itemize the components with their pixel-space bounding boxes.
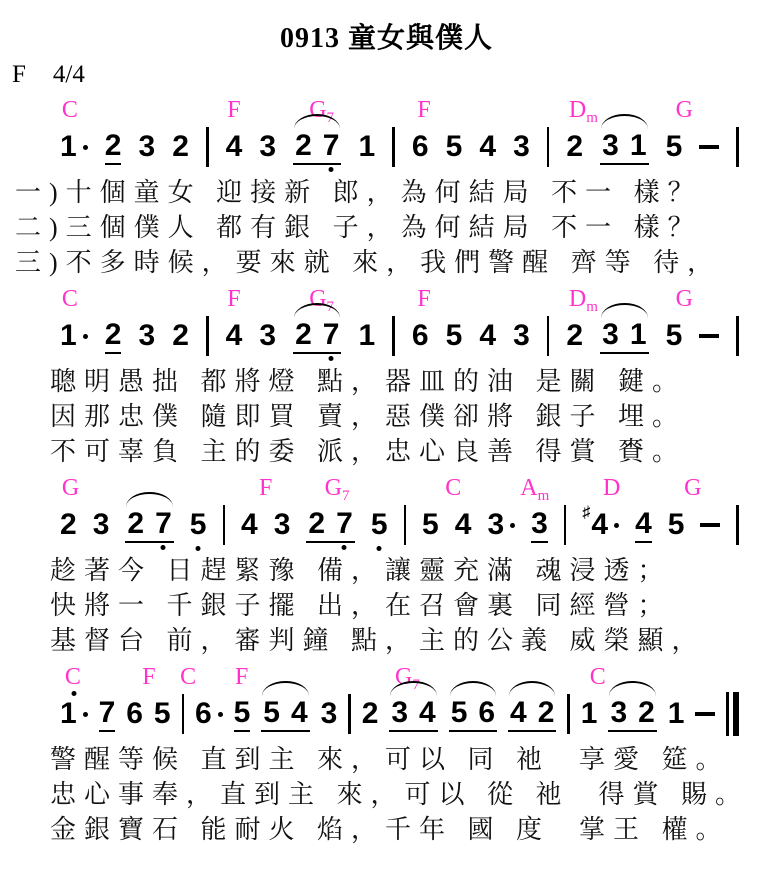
music-system: GFG7CAmDG23275432755433♯445趁著今 日趕緊豫 備，讓靈… xyxy=(0,475,773,658)
note-digit: 4 xyxy=(419,697,436,729)
note: 1 xyxy=(359,131,376,163)
note-digit: 1 xyxy=(359,320,376,352)
note: 3 xyxy=(93,509,110,541)
dot-after xyxy=(83,145,88,150)
note: 2 xyxy=(566,320,583,352)
note: 3 xyxy=(321,698,338,730)
barline xyxy=(736,505,739,545)
chord-label: F xyxy=(227,97,240,123)
chord-label: C xyxy=(590,664,606,690)
dot-after xyxy=(614,523,619,528)
note-digit: 5 xyxy=(371,509,388,541)
note: 1 xyxy=(581,698,598,730)
chord-label: C xyxy=(62,286,78,312)
note-digit: 5 xyxy=(446,131,463,163)
note: 2 xyxy=(105,130,122,165)
chord-subscript: m xyxy=(586,299,598,315)
note: 1 xyxy=(359,320,376,352)
notes-row: 23275432755433♯445 xyxy=(60,502,739,548)
note-digit: 2 xyxy=(295,319,312,351)
barline xyxy=(392,127,395,167)
note-pair-tied: 31 xyxy=(600,130,648,165)
note-digit: 7 xyxy=(99,697,116,729)
note: 3 xyxy=(610,697,627,729)
octave-dot-low xyxy=(329,356,334,361)
note-digit: 3 xyxy=(259,131,276,163)
lyrics-block: 聰明愚拙 都將燈 點，器皿的油 是關 鍵。因那忠僕 隨即買 賣，惡僕卻將 銀子 … xyxy=(0,364,773,469)
note-digit: 5 xyxy=(446,320,463,352)
chord-row: CFG7FDmG xyxy=(0,286,773,313)
note-digit: 5 xyxy=(190,509,207,541)
note-digit: 3 xyxy=(513,320,530,352)
time-signature: 4/4 xyxy=(53,61,85,88)
key-tonic: F xyxy=(12,61,26,88)
note: 6 xyxy=(412,131,429,163)
note-digit: 6 xyxy=(412,320,429,352)
lyrics-block: 警醒等候 直到主 來，可以 同 祂 享愛 筵。忠心事奉，直到主 來，可以 從 祂… xyxy=(0,742,773,847)
note: 7 xyxy=(323,130,340,162)
note-digit: 4 xyxy=(591,509,608,541)
dot-after xyxy=(218,712,223,717)
note-digit: 6 xyxy=(195,698,212,730)
chord-label: G xyxy=(676,286,693,312)
note-digit: 1 xyxy=(630,130,647,162)
note: 3 xyxy=(274,509,291,541)
chord-label: D xyxy=(603,475,620,501)
chord-label: G xyxy=(62,475,79,501)
note-digit: 2 xyxy=(566,320,583,352)
final-bar-thick xyxy=(733,692,739,736)
note: 2 xyxy=(172,320,189,352)
note-digit: 3 xyxy=(602,130,619,162)
barline xyxy=(564,505,567,545)
note-digit: 4 xyxy=(226,320,243,352)
note-digit: 3 xyxy=(391,697,408,729)
note: 4 xyxy=(291,697,308,729)
note: 2 xyxy=(127,508,144,540)
barline xyxy=(182,694,185,734)
lyric-line: 不可辜負 主的委 派，忠心良善 得賞 賚。 xyxy=(0,434,773,469)
note: 2 xyxy=(362,698,379,730)
note-digit: 6 xyxy=(478,697,495,729)
notes-row: 12324327165432315 xyxy=(60,313,739,359)
note: 3 xyxy=(487,509,515,541)
note: 5 xyxy=(371,509,388,541)
note: 1 xyxy=(60,131,88,163)
note: 2 xyxy=(105,319,122,354)
dot-after xyxy=(83,334,88,339)
note: 5 xyxy=(666,320,683,352)
chord-label: Am xyxy=(520,475,549,509)
note-pair-tied: 27 xyxy=(293,130,341,165)
note-digit: 2 xyxy=(638,697,655,729)
sheet-music-page: 0913 童女與僕人 F4/4 CFG7FDmG1232432716543231… xyxy=(0,0,773,878)
note-digit: 7 xyxy=(336,508,353,540)
note: 3 xyxy=(602,130,619,162)
note: 4 xyxy=(455,509,472,541)
music-system: CFG7FDmG12324327165432315聰明愚拙 都將燈 點，器皿的油… xyxy=(0,286,773,469)
note: 1 xyxy=(668,698,685,730)
note-digit: 4 xyxy=(479,320,496,352)
note: 5 xyxy=(422,509,439,541)
barline xyxy=(547,316,550,356)
note: 2 xyxy=(566,131,583,163)
dash-note xyxy=(695,712,715,716)
note: 5 xyxy=(446,131,463,163)
note-digit: 5 xyxy=(451,697,468,729)
barline xyxy=(206,316,209,356)
chord-label: C xyxy=(445,475,461,501)
note: 7 xyxy=(323,319,340,351)
note: 3 xyxy=(259,131,276,163)
note-pair-tied: 42 xyxy=(508,697,556,732)
notes-row: 17656554323456421321 xyxy=(60,691,739,737)
note-pair: 27 xyxy=(306,508,354,543)
note-digit: 2 xyxy=(538,697,555,729)
note-digit: 2 xyxy=(172,320,189,352)
note: 2 xyxy=(538,697,555,729)
note-digit: 1 xyxy=(359,131,376,163)
lyric-line: 警醒等候 直到主 來，可以 同 祂 享愛 筵。 xyxy=(0,742,773,777)
chord-subscript: m xyxy=(538,488,550,504)
note-pair-tied: 54 xyxy=(261,697,309,732)
note-digit: 3 xyxy=(93,509,110,541)
note-digit: 7 xyxy=(323,130,340,162)
note-digit: 3 xyxy=(274,509,291,541)
note: 4 xyxy=(635,508,652,543)
note-digit: 2 xyxy=(127,508,144,540)
note: 6 xyxy=(126,698,143,730)
note-digit: 1 xyxy=(60,320,77,352)
note: 5 xyxy=(668,509,685,541)
note-digit: 3 xyxy=(513,131,530,163)
note: 3 xyxy=(139,320,156,352)
barline xyxy=(547,127,550,167)
note-digit: 4 xyxy=(241,509,258,541)
note-digit: 1 xyxy=(60,131,77,163)
note: 1 xyxy=(630,130,647,162)
dash-note xyxy=(700,523,720,527)
note: 3 xyxy=(259,320,276,352)
chord-label: F xyxy=(417,286,430,312)
chord-label: C xyxy=(65,664,81,690)
note-digit: 4 xyxy=(635,508,652,540)
notes-row: 12324327165432315 xyxy=(60,124,739,170)
note: 1 xyxy=(60,320,88,352)
note: 7 xyxy=(155,508,172,540)
note: 5 xyxy=(154,698,171,730)
note: 3 xyxy=(513,131,530,163)
note: 3 xyxy=(531,508,548,543)
lyrics-block: 一)十個童女 迎接新 郎，為何結局 不一 樣？二)三個僕人 都有銀 子，為何結局… xyxy=(0,175,773,280)
note-digit: 4 xyxy=(455,509,472,541)
note-pair-tied: 27 xyxy=(293,319,341,354)
note: 3 xyxy=(139,131,156,163)
note-digit: 6 xyxy=(126,698,143,730)
note-digit: 2 xyxy=(308,508,325,540)
note-pair-tied: 56 xyxy=(449,697,497,732)
note-digit: 5 xyxy=(666,131,683,163)
dot-after xyxy=(510,523,515,528)
note: 5 xyxy=(263,697,280,729)
note: 7 xyxy=(336,508,353,540)
note: 2 xyxy=(308,508,325,540)
octave-dot-low xyxy=(377,546,382,551)
chord-label: G xyxy=(684,475,701,501)
note: 2 xyxy=(638,697,655,729)
note: 5 xyxy=(666,131,683,163)
lyric-line: 聰明愚拙 都將燈 點，器皿的油 是關 鍵。 xyxy=(0,364,773,399)
note: 6 xyxy=(412,320,429,352)
octave-dot-high xyxy=(71,691,76,696)
note-digit: 2 xyxy=(362,698,379,730)
note-digit: 5 xyxy=(154,698,171,730)
note-pair-tied: 27 xyxy=(125,508,173,543)
dash-note xyxy=(699,334,719,338)
barline xyxy=(206,127,209,167)
note: 4 xyxy=(479,320,496,352)
note: 4 xyxy=(510,697,527,729)
chord-label: G7 xyxy=(325,475,350,509)
note-digit: 2 xyxy=(105,130,122,162)
lyric-line: 忠心事奉，直到主 來，可以 從 祂 得賞 賜。 xyxy=(0,777,773,812)
lyric-line: 趁著今 日趕緊豫 備，讓靈充滿 魂浸透； xyxy=(0,553,773,588)
note: 1 xyxy=(630,319,647,351)
key-signature: F4/4 xyxy=(12,61,773,91)
note: 5 xyxy=(451,697,468,729)
barline xyxy=(567,694,570,734)
note: 4 xyxy=(226,320,243,352)
lyric-line: 基督台 前，審判鐘 點，主的公義 威榮顯， xyxy=(0,623,773,658)
music-system: CFG7FDmG12324327165432315一)十個童女 迎接新 郎，為何… xyxy=(0,97,773,280)
note-digit: 3 xyxy=(531,508,548,540)
note-digit: 6 xyxy=(412,131,429,163)
note: 5 xyxy=(234,697,251,732)
final-barline xyxy=(726,692,739,736)
note-digit: 1 xyxy=(581,698,598,730)
barline xyxy=(404,505,407,545)
note-digit: 5 xyxy=(234,697,251,729)
note-digit: 2 xyxy=(172,131,189,163)
octave-dot-low xyxy=(342,545,347,550)
note: 6 xyxy=(478,697,495,729)
note: 4 xyxy=(226,131,243,163)
page-title: 0913 童女與僕人 xyxy=(0,0,773,56)
barline xyxy=(736,127,739,167)
music-systems: CFG7FDmG12324327165432315一)十個童女 迎接新 郎，為何… xyxy=(0,97,773,847)
note-digit: 5 xyxy=(422,509,439,541)
octave-dot-low xyxy=(329,167,334,172)
note-digit: 3 xyxy=(610,697,627,729)
lyric-line: 快將一 千銀子擺 出，在召會裏 同經營； xyxy=(0,588,773,623)
note: 4 xyxy=(241,509,258,541)
note: 3 xyxy=(602,319,619,351)
note-digit: 2 xyxy=(105,319,122,351)
chord-label: G xyxy=(676,97,693,123)
note-pair-tied: 32 xyxy=(608,697,656,732)
lyric-line: 二)三個僕人 都有銀 子，為何結局 不一 樣？ xyxy=(0,210,773,245)
note-digit: 4 xyxy=(479,131,496,163)
note-digit: 3 xyxy=(259,320,276,352)
note-digit: 1 xyxy=(630,319,647,351)
note: 4 xyxy=(479,131,496,163)
chord-label: F xyxy=(259,475,272,501)
note: ♯4 xyxy=(582,509,619,541)
note-digit: 5 xyxy=(263,697,280,729)
barline xyxy=(736,316,739,356)
note-digit: 4 xyxy=(291,697,308,729)
note: 5 xyxy=(446,320,463,352)
chord-label: Dm xyxy=(569,286,598,320)
chord-row: CFG7FDmG xyxy=(0,97,773,124)
chord-label: Dm xyxy=(569,97,598,131)
barline xyxy=(223,505,226,545)
note: 2 xyxy=(295,130,312,162)
chord-label: F xyxy=(227,286,240,312)
lyric-line: 金銀寶石 能耐火 焰，千年 國 度 掌王 權。 xyxy=(0,812,773,847)
note-pair-tied: 34 xyxy=(389,697,437,732)
lyrics-block: 趁著今 日趕緊豫 備，讓靈充滿 魂浸透；快將一 千銀子擺 出，在召會裏 同經營；… xyxy=(0,553,773,658)
note-digit: 2 xyxy=(60,509,77,541)
sharp-icon: ♯ xyxy=(582,506,590,519)
note-pair-tied: 31 xyxy=(600,319,648,354)
note-digit: 3 xyxy=(487,509,504,541)
chord-label: F xyxy=(417,97,430,123)
barline xyxy=(348,694,351,734)
note-digit: 4 xyxy=(226,131,243,163)
note: 6 xyxy=(195,698,223,730)
lyric-line: 一)十個童女 迎接新 郎，為何結局 不一 樣？ xyxy=(0,175,773,210)
lyric-line: 三)不多時候，要來就 來，我們警醒 齊等 待， xyxy=(0,245,773,280)
note: 4 xyxy=(419,697,436,729)
octave-dot-low xyxy=(196,546,201,551)
chord-row: CFCFG7C xyxy=(0,664,773,691)
note-digit: 1 xyxy=(668,698,685,730)
note-digit: 3 xyxy=(321,698,338,730)
chord-row: GFG7CAmDG xyxy=(0,475,773,502)
note-digit: 7 xyxy=(155,508,172,540)
note-digit: 3 xyxy=(602,319,619,351)
barline xyxy=(392,316,395,356)
note-digit: 2 xyxy=(566,131,583,163)
note-digit: 5 xyxy=(666,320,683,352)
dot-after xyxy=(83,712,88,717)
chord-label: F xyxy=(235,664,248,690)
note: 2 xyxy=(172,131,189,163)
note-digit: 3 xyxy=(139,131,156,163)
note: 7 xyxy=(99,697,116,732)
chord-label: C xyxy=(180,664,196,690)
chord-label: F xyxy=(142,664,155,690)
note: 2 xyxy=(295,319,312,351)
chord-label: C xyxy=(62,97,78,123)
note-digit: 2 xyxy=(295,130,312,162)
note-digit: 1 xyxy=(60,698,77,730)
lyric-line: 因那忠僕 隨即買 賣，惡僕卻將 銀子 埋。 xyxy=(0,399,773,434)
music-system: CFCFG7C17656554323456421321警醒等候 直到主 來，可以… xyxy=(0,664,773,847)
note: 2 xyxy=(60,509,77,541)
octave-dot-low xyxy=(161,545,166,550)
note: 3 xyxy=(513,320,530,352)
chord-subscript: m xyxy=(586,110,598,126)
dash-note xyxy=(699,145,719,149)
chord-subscript: 7 xyxy=(342,488,350,504)
note-digit: 7 xyxy=(323,319,340,351)
note-digit: 5 xyxy=(668,509,685,541)
final-bar-thin xyxy=(726,692,729,736)
note-digit: 3 xyxy=(139,320,156,352)
note: 5 xyxy=(190,509,207,541)
note: 3 xyxy=(391,697,408,729)
note-digit: 4 xyxy=(510,697,527,729)
note: 1 xyxy=(60,698,88,730)
